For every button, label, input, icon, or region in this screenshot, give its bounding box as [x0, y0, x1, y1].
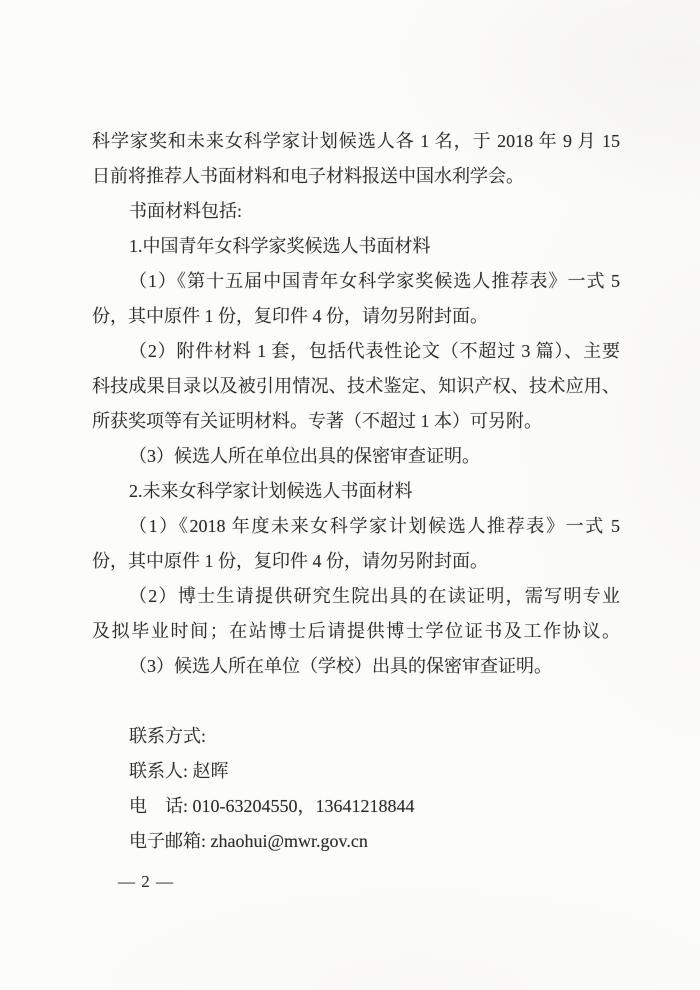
text-line: 日前将推荐人书面材料和电子材料报送中国水利学会。 [92, 159, 620, 194]
page-footer: — 2 — [118, 872, 174, 892]
page-number: — 2 — [118, 872, 174, 891]
document-body: 科学家奖和未来女科学家计划候选人各 1 名，于 2018 年 9 月 15日前将… [92, 124, 620, 859]
text-line: （3）候选人所在单位（学校）出具的保密审查证明。 [92, 649, 620, 684]
text-line: 所获奖项等有关证明材料。专著（不超过 1 本）可另附。 [92, 404, 620, 439]
text-line: 及拟毕业时间；在站博士后请提供博士学位证书及工作协议。 [92, 614, 620, 649]
text-line: 电子邮箱: zhaohui@mwr.gov.cn [92, 824, 620, 859]
text-line: 2.未来女科学家计划候选人书面材料 [92, 474, 620, 509]
text-line: （2）博士生请提供研究生院出具的在读证明，需写明专业 [92, 579, 620, 614]
text-line: （3）候选人所在单位出具的保密审查证明。 [92, 439, 620, 474]
text-line: 份，其中原件 1 份，复印件 4 份，请勿另附封面。 [92, 544, 620, 579]
text-line: 科技成果目录以及被引用情况、技术鉴定、知识产权、技术应用、 [92, 369, 620, 404]
text-line: 科学家奖和未来女科学家计划候选人各 1 名，于 2018 年 9 月 15 [92, 124, 620, 159]
document-page: 科学家奖和未来女科学家计划候选人各 1 名，于 2018 年 9 月 15日前将… [0, 0, 700, 990]
text-line: （1）《第十五届中国青年女科学家奖候选人推荐表》一式 5 [92, 264, 620, 299]
text-line: 电 话: 010-63204550，13641218844 [92, 789, 620, 824]
text-line: （1）《2018 年度未来女科学家计划候选人推荐表》一式 5 [92, 509, 620, 544]
text-line: 联系方式: [92, 719, 620, 754]
text-line: 份，其中原件 1 份，复印件 4 份，请勿另附封面。 [92, 299, 620, 334]
text-line: 1.中国青年女科学家奖候选人书面材料 [92, 229, 620, 264]
blank-line [92, 684, 620, 719]
text-line: 书面材料包括: [92, 194, 620, 229]
text-line: （2）附件材料 1 套，包括代表性论文（不超过 3 篇）、主要 [92, 334, 620, 369]
text-line: 联系人: 赵晖 [92, 754, 620, 789]
